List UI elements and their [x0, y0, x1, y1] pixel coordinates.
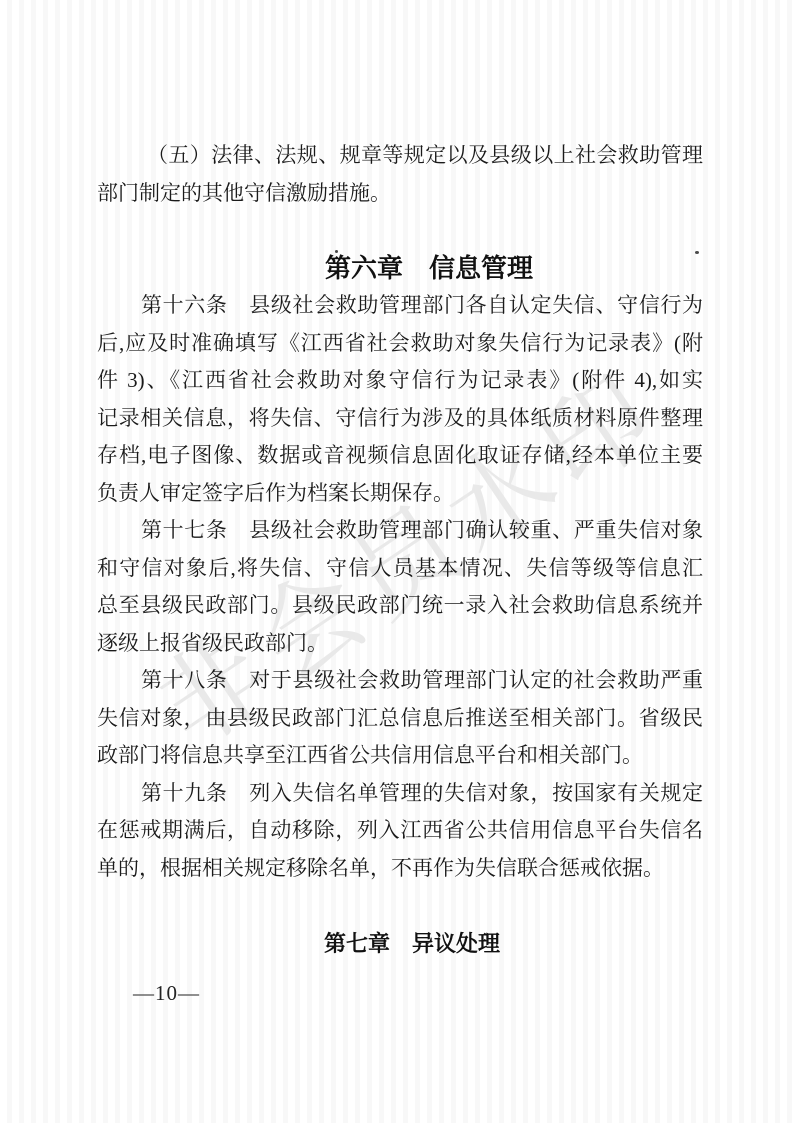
body-line: 第十六条 县级社会救助管理部门各自认定失信、守信行为 — [97, 287, 703, 325]
body-line: 逐级上报省级民政部门。 — [97, 625, 703, 663]
body-line: 单的，根据相关规定移除名单，不再作为失信联合惩戒依据。 — [97, 850, 703, 888]
blank-line — [97, 887, 703, 925]
body-line: 在惩戒期满后，自动移除，列入江西省公共信用信息平台失信名 — [97, 812, 703, 850]
body-line: 负责人审定签字后作为档案长期保存。 — [97, 475, 703, 513]
body-line: 第十八条 对于县级社会救助管理部门认定的社会救助严重 — [97, 662, 703, 700]
page-number: —10— — [133, 981, 200, 1006]
body-line: 总至县级民政部门。县级民政部门统一录入社会救助信息系统并 — [97, 587, 703, 625]
body-line: 件 3)、《江西省社会救助对象守信行为记录表》(附件 4),如实 — [97, 362, 703, 400]
scan-speck-icon — [695, 251, 699, 254]
scanned-document-page: 非会员水印 （五）法律、法规、规章等规定以及县级以上社会救助管理 部门制定的其他… — [0, 0, 793, 1123]
blank-line — [97, 212, 703, 250]
body-line: 失信对象，由县级民政部门汇总信息后推送至相关部门。省级民 — [97, 700, 703, 738]
scan-speck-icon — [335, 250, 338, 253]
body-line: 和守信对象后,将失信、守信人员基本情况、失信等级等信息汇 — [97, 550, 703, 588]
body-line: 记录相关信息，将失信、守信行为涉及的具体纸质材料原件整理 — [97, 400, 703, 438]
body-line: （五）法律、法规、规章等规定以及县级以上社会救助管理 — [97, 137, 703, 175]
chapter-7-heading: 第七章 异议处理 — [109, 925, 715, 963]
body-line: 存档,电子图像、数据或音视频信息固化取证存储,经本单位主要 — [97, 437, 703, 475]
body-line: 政部门将信息共享至江西省公共信用信息平台和相关部门。 — [97, 737, 703, 775]
body-line: 部门制定的其他守信激励措施。 — [97, 175, 703, 213]
document-body: （五）法律、法规、规章等规定以及县级以上社会救助管理 部门制定的其他守信激励措施… — [97, 137, 703, 962]
body-line: 第十七条 县级社会救助管理部门确认较重、严重失信对象 — [97, 512, 703, 550]
chapter-6-heading: 第六章 信息管理 — [126, 250, 732, 288]
body-line: 后,应及时准确填写《江西省社会救助对象失信行为记录表》(附 — [97, 325, 703, 363]
body-line: 第十九条 列入失信名单管理的失信对象，按国家有关规定 — [97, 775, 703, 813]
